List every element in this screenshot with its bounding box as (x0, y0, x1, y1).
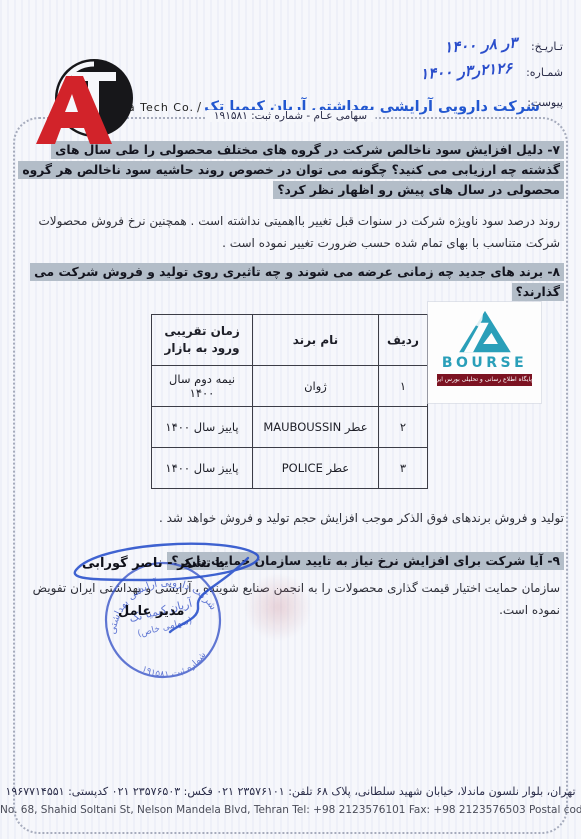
table-header-row: ردیف نام برند زمان تقریبی ورود به بازار (152, 315, 428, 366)
number-label: شمـاره: (526, 66, 563, 79)
cell-entry-time: پاییز سال ۱۴۰۰ (152, 407, 253, 448)
company-registration-subtitle: سهامی عـام - شماره ثبت: ۱۹۱۵۸۱ (206, 110, 375, 122)
footer-address-fa: تهران، بلوار نلسون ماندلا، خیابان شهید س… (0, 785, 581, 798)
question-8: ۸- برند های جدید چه زمانی عرضه می شوند و… (20, 262, 564, 302)
signature-role: مدیر عامل (118, 604, 184, 619)
question-7-text: ۷- دلیل افزایش سود ناخالص شرکت در گروه ه… (18, 141, 564, 199)
cell-brand-name: عطر MAUBOUSSIN (253, 407, 379, 448)
cell-brand-name: عطر POLICE (253, 448, 379, 489)
number-handwritten-value: ۲۱۲۶ر۳ر ۱۴۰۰ (420, 59, 513, 83)
header-brand-name: نام برند (253, 315, 379, 366)
bourse-tagline: پایگاه اطلاع رسانی و تحلیلی بورس ایران (437, 374, 532, 386)
table-row: ۱ ژوان نیمه دوم سال ۱۴۰۰ (152, 366, 428, 407)
svg-text:شماره ثبت ۱۹۱۵۸۱: شماره ثبت ۱۹۱۵۸۱ (138, 649, 212, 687)
company-logo (28, 56, 140, 148)
table-row: ۲ عطر MAUBOUSSIN پاییز سال ۱۴۰۰ (152, 407, 428, 448)
scanned-letter-page: { "header": { "date_label": "تـاریـخ:", … (0, 0, 581, 839)
bourse-triangle-icon (457, 309, 513, 355)
cell-row-number: ۳ (378, 448, 427, 489)
date-handwritten-value: ۳ر ۸ر ۱۴۰۰ (444, 33, 518, 56)
date-label: تـاریـخ: (531, 40, 563, 53)
number-row: شمـاره: ۲۱۲۶ر۳ر ۱۴۰۰ (420, 62, 563, 80)
new-brands-table-wrap: ردیف نام برند زمان تقریبی ورود به بازار … (151, 314, 428, 489)
question-8-text: ۸- برند های جدید چه زمانی عرضه می شوند و… (30, 263, 564, 301)
question-7: ۷- دلیل افزایش سود ناخالص شرکت در گروه ه… (20, 140, 564, 200)
cell-row-number: ۲ (378, 407, 427, 448)
bourse-brand-text: BOURSE (442, 356, 527, 371)
table-row: ۳ عطر POLICE پاییز سال ۱۴۰۰ (152, 448, 428, 489)
cell-entry-time: پاییز سال ۱۴۰۰ (152, 448, 253, 489)
answer-8-note: تولید و فروش برندهای فوق الذکر موجب افزا… (20, 511, 564, 525)
footer-address-en: No. 68, Shahid Soltani St, Nelson Mandel… (0, 804, 581, 816)
cell-brand-name: ژوان (253, 366, 379, 407)
cell-entry-time: نیمه دوم سال ۱۴۰۰ (152, 366, 253, 407)
header-row-number: ردیف (378, 315, 427, 366)
answer-7: روند درصد سود ناویژه شرکت در سنوات قبل ت… (24, 210, 560, 254)
arian-chimia-tech-logo-icon (28, 56, 140, 148)
signature-thanks-name: با تشکر - ناصر گورابی (82, 556, 225, 571)
bourse-watermark: BOURSE پایگاه اطلاع رسانی و تحلیلی بورس … (428, 302, 541, 403)
company-name-separator: / (197, 100, 201, 114)
date-row: تـاریـخ: ۳ر ۸ر ۱۴۰۰ (444, 36, 563, 54)
cell-row-number: ۱ (378, 366, 427, 407)
header-market-entry-time: زمان تقریبی ورود به بازار (152, 315, 253, 366)
new-brands-table: ردیف نام برند زمان تقریبی ورود به بازار … (151, 314, 428, 489)
